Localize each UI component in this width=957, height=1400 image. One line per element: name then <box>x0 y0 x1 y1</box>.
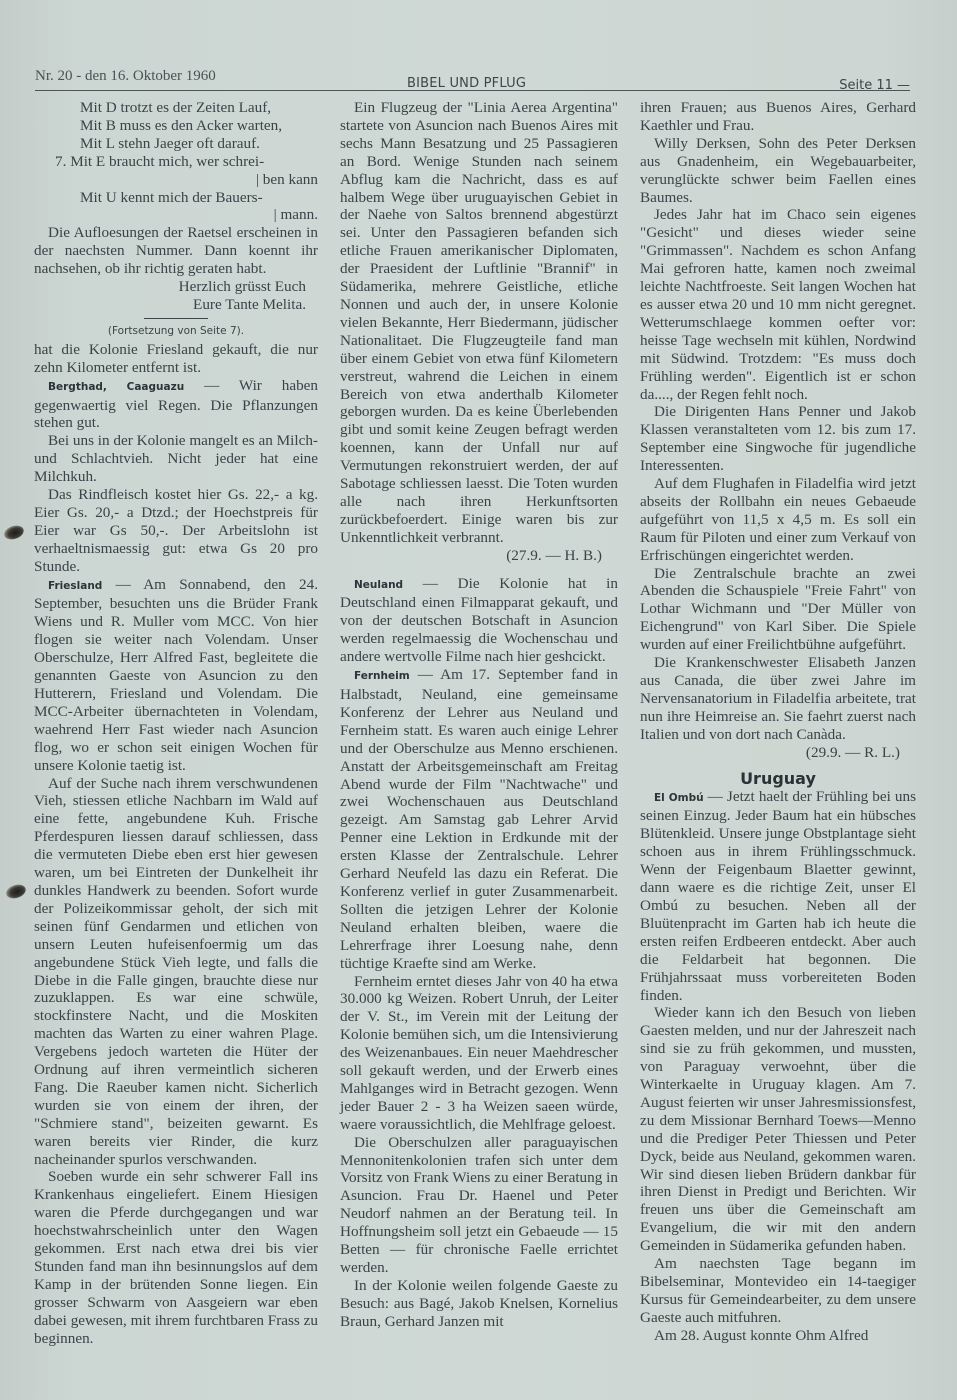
paragraph: Auf dem Flughafen in Filadelfia wird jet… <box>640 475 916 565</box>
paragraph: Auf der Suche nach ihrem verschwundenen … <box>34 775 318 1169</box>
poem-line: Mit D trotzt es der Zeiten Lauf, <box>50 99 318 117</box>
poem-line: | mann. <box>50 206 318 224</box>
paragraph: Die Krankenschwester Elisabeth Janzen au… <box>640 654 916 744</box>
dateline: (29.9. — R. L.) <box>806 744 916 762</box>
poem-line: 7. Mit E braucht mich, wer schrei- <box>50 153 318 171</box>
place-name: Fernheim <box>354 670 410 682</box>
newspaper-page: Nr. 20 - den 16. Oktober 1960 BIBEL UND … <box>0 0 957 1400</box>
binding-hole-icon <box>4 882 27 901</box>
paragraph: Willy Derksen, Sohn des Peter Derksen au… <box>640 135 916 207</box>
neuland-report: Neuland — Die Kolonie hat in Deutschland… <box>340 575 618 667</box>
friesland-report: Friesland — Am Sonnabend, den 24. Septem… <box>34 576 318 775</box>
place-name: El Ombú <box>654 792 704 804</box>
section-divider <box>144 318 208 319</box>
riddle-note: Die Aufloesungen der Raetsel erscheinen … <box>34 224 318 278</box>
paragraph: Die Dirigenten Hans Penner und Jakob Kla… <box>640 403 916 475</box>
issue-date: Nr. 20 - den 16. Oktober 1960 <box>35 68 216 85</box>
paragraph: Soeben wurde ein sehr schwerer Fall ins … <box>34 1168 318 1347</box>
column-3: ihren Frauen; aus Buenos Aires, Gerhard … <box>640 99 916 1345</box>
place-name: Neuland <box>354 579 403 591</box>
binding-hole-icon <box>2 523 25 542</box>
paragraph: Am 28. August konnte Ohm Alfred <box>640 1327 916 1345</box>
paragraph: Die Zentralschule brachte an zwei Abende… <box>640 565 916 655</box>
section-heading-uruguay: Uruguay <box>640 770 916 788</box>
fernheim-report: Fernheim — Am 17. September fand in Halb… <box>340 666 618 972</box>
paragraph: Fernheim erntet dieses Jahr von 40 ha et… <box>340 973 618 1134</box>
place-name: Friesland <box>48 580 102 592</box>
page-header: Nr. 20 - den 16. Oktober 1960 BIBEL UND … <box>35 68 910 91</box>
paragraph: In der Kolonie weilen folgende Gaeste zu… <box>340 1277 618 1331</box>
greeting: Herzlich grüsst Euch <box>34 278 318 296</box>
signature: Eure Tante Melita. <box>34 296 318 314</box>
column-2: Ein Flugzeug der "Linia Aerea Argentina"… <box>340 99 618 1331</box>
newspaper-title: BIBEL UND PFLUG <box>407 76 526 91</box>
column-1: Mit D trotzt es der Zeiten Lauf, Mit B m… <box>34 99 318 1348</box>
paragraph: Am naechsten Tage begann im Bibelseminar… <box>640 1255 916 1327</box>
paragraph: Jedes Jahr hat im Chaco sein eigenes "Ge… <box>640 206 916 403</box>
paragraph: Bei uns in der Kolonie mangelt es an Mil… <box>34 432 318 486</box>
paragraph: ihren Frauen; aus Buenos Aires, Gerhard … <box>640 99 916 135</box>
poem-line: Mit B muss es den Acker warten, <box>50 117 318 135</box>
poem-line: | ben kann <box>50 171 318 189</box>
bergthal-report: Bergthad, Caaguazu — Wir haben gegenwaer… <box>34 377 318 433</box>
poem-line: Mit L stehn Jaeger oft darauf. <box>50 135 318 153</box>
place-name: Bergthad, Caaguazu <box>48 381 184 393</box>
paragraph: Das Rindfleisch kostet hier Gs. 22,- a k… <box>34 486 318 576</box>
el-ombu-report: El Ombú — Jetzt haelt der Frühling bei u… <box>640 788 916 1005</box>
poem-line: Mit U kennt mich der Bauers- <box>50 189 318 207</box>
plane-crash-report: Ein Flugzeug der "Linia Aerea Argentina"… <box>340 99 618 547</box>
page-number: Seite 11 — <box>839 78 910 93</box>
continuation-text: hat die Kolonie Friesland gekauft, die n… <box>34 341 318 377</box>
continuation-label: (Fortsetzung von Seite 7). <box>34 323 318 341</box>
dateline: (27.9. — H. B.) <box>506 547 618 565</box>
riddle-poem: Mit D trotzt es der Zeiten Lauf, Mit B m… <box>34 99 318 224</box>
paragraph: Wieder kann ich den Besuch von lieben Ga… <box>640 1004 916 1255</box>
paragraph: Die Oberschulzen aller paraguayischen Me… <box>340 1134 618 1277</box>
